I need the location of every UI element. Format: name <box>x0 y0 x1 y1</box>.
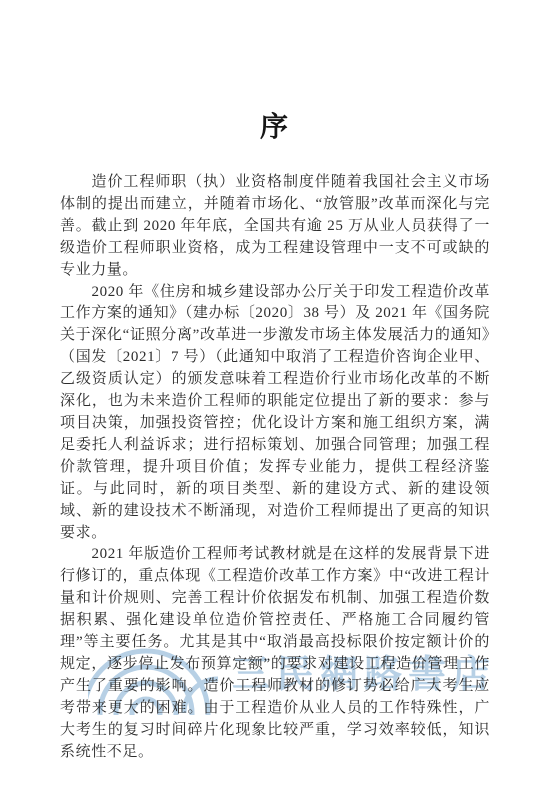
page-title: 序 <box>0 0 550 146</box>
preface-body: 造价工程师职（执）业资格制度伴随着我国社会主义市场体制的提出而建立，并随着市场化… <box>60 172 490 763</box>
preface-paragraph-2: 2020 年《住房和城乡建设部办公厅关于印发工程造价改革工作方案的通知》（建办标… <box>60 282 490 545</box>
scanned-book-page: 三民網路書店 序 造价工程师职（执）业资格制度伴随着我国社会主义市场体制的提出而… <box>0 0 550 800</box>
page-content: 序 造价工程师职（执）业资格制度伴随着我国社会主义市场体制的提出而建立，并随着市… <box>0 0 550 763</box>
preface-paragraph-1: 造价工程师职（执）业资格制度伴随着我国社会主义市场体制的提出而建立，并随着市场化… <box>60 172 490 282</box>
preface-paragraph-3: 2021 年版造价工程师考试教材就是在这样的发展背景下进行修订的，重点体现《工程… <box>60 544 490 763</box>
